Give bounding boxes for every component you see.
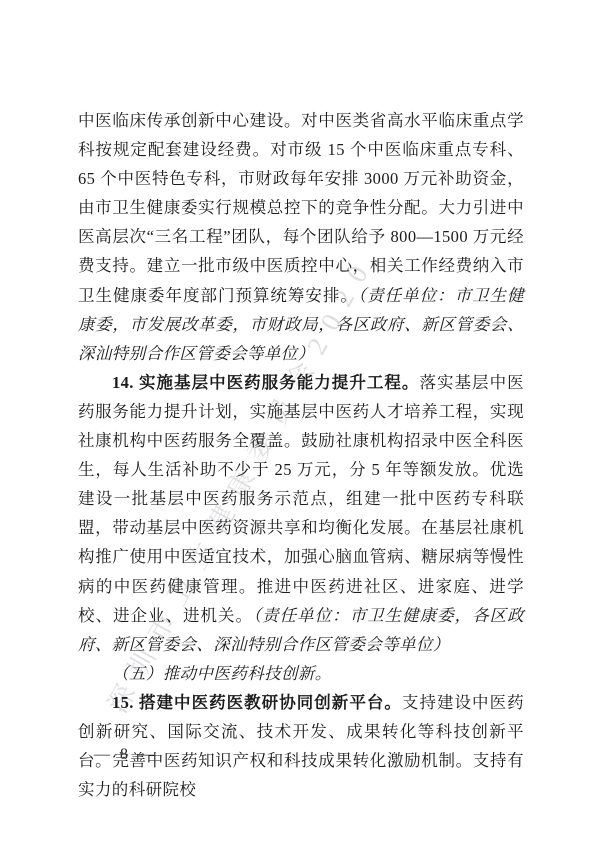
section-heading-5: （五）推动中医药科技创新。 [78,659,524,688]
document-body: 中医临床传承创新中心建设。对中医类省高水平临床重点学科按规定配套建设经费。对市级… [78,106,524,804]
item-15-heading: 15. 搭建中医药医教研协同创新平台。 [112,693,402,712]
document-page: 深圳市卫生健康委员会2020 中医临床传承创新中心建设。对中医类省高水平临床重点… [0,0,596,842]
body-text: 落实基层中医药服务能力提升计划，实施基层中医药人才培养工程，实现社康机构中医药服… [78,373,524,625]
paragraph-item-14: 14. 实施基层中医药服务能力提升工程。落实基层中医药服务能力提升计划，实施基层… [78,368,524,659]
paragraph-continuation: 中医临床传承创新中心建设。对中医类省高水平临床重点学科按规定配套建设经费。对市级… [78,106,524,368]
item-14-heading: 14. 实施基层中医药服务能力提升工程。 [112,373,419,392]
body-text: 中医临床传承创新中心建设。对中医类省高水平临床重点学科按规定配套建设经费。对市级… [78,111,524,305]
page-number: — 8 — [94,746,157,764]
section-heading-text: （五）推动中医药科技创新。 [112,664,332,683]
